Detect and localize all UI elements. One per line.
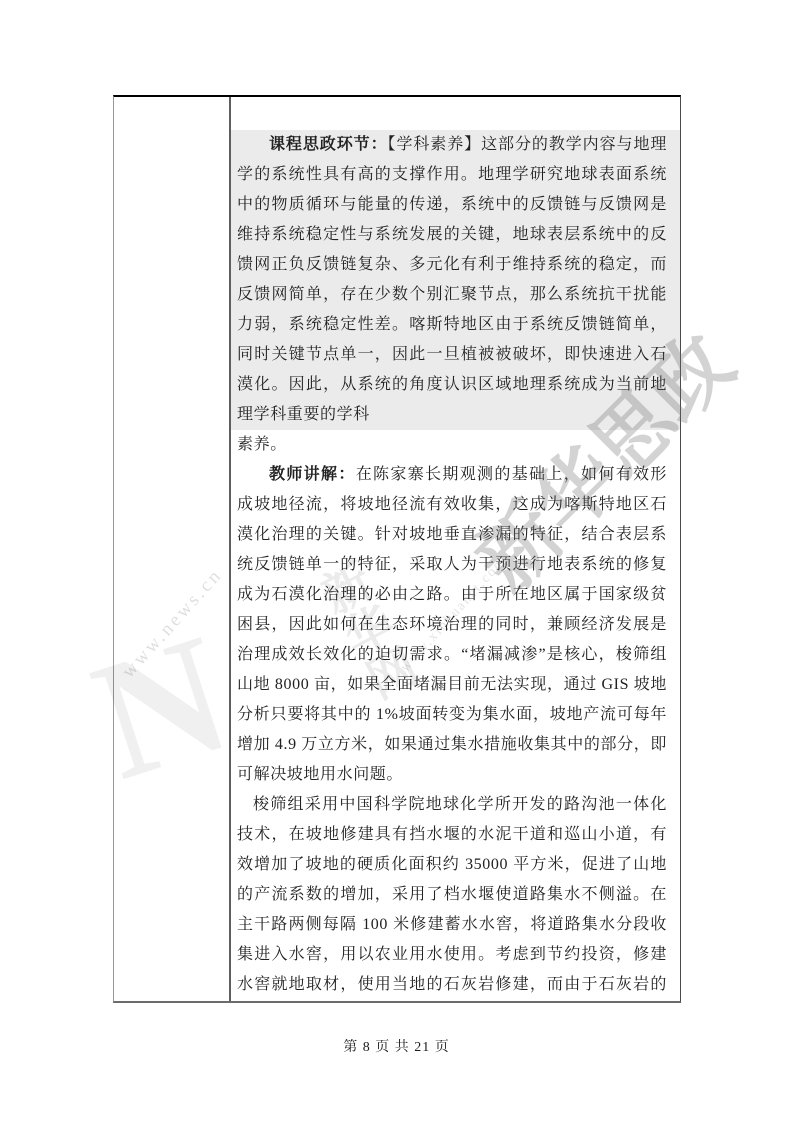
table-cell-left [114,97,231,1001]
paragraph-sizheng-tail: 素养。 [231,430,680,460]
sizheng-label: 课程思政环节： [269,136,388,153]
teacher-label: 教师讲解： [269,466,356,483]
footer-page-number: 8 [363,1040,371,1055]
footer-suffix: 页 [430,1040,450,1055]
paragraph-suosai: 梭筛组采用中国科学院地球化学所开发的路沟池一体化技术，在坡地修建具有挡水堰的水泥… [231,790,680,1001]
teacher-text: 在陈家寨长期观测的基础上，如何有效形成坡地径流，将坡地径流有效收集，这成为喀斯特… [237,466,667,783]
table-cell-right: 课程思政环节：【学科素养】这部分的教学内容与地理学的系统性具有高的支撑作用。地理… [231,97,680,1001]
paragraph-sizheng-highlight: 课程思政环节：【学科素养】这部分的教学内容与地理学的系统性具有高的支撑作用。地理… [231,130,680,430]
page-footer: 第 8 页 共 21 页 [0,1036,793,1056]
sizheng-highlighted-text: 【学科素养】这部分的教学内容与地理学的系统性具有高的支撑作用。地理学研究地球表面… [237,136,667,423]
footer-prefix: 第 [343,1040,363,1055]
document-page: 课程思政环节：【学科素养】这部分的教学内容与地理学的系统性具有高的支撑作用。地理… [0,0,793,1122]
document-table: 课程思政环节：【学科素养】这部分的教学内容与地理学的系统性具有高的支撑作用。地理… [113,95,681,1003]
footer-total-pages: 21 [414,1040,430,1055]
paragraph-teacher: 教师讲解：在陈家寨长期观测的基础上，如何有效形成坡地径流，将坡地径流有效收集，这… [231,460,680,790]
footer-middle: 页 共 [371,1040,415,1055]
